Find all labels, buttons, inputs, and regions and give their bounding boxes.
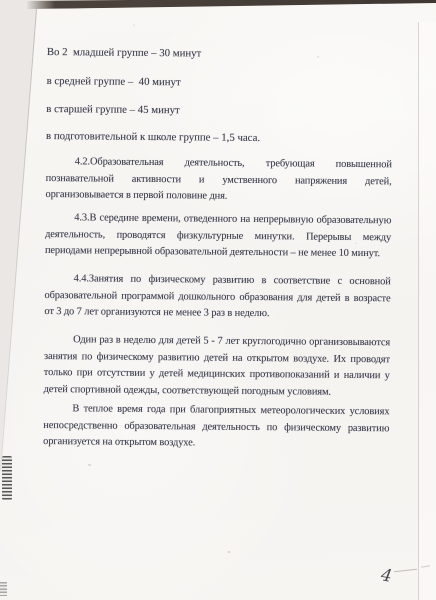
- scanned-document-page: Во 2 младшей группе – 30 минут в средней…: [0, 0, 436, 600]
- dust-speck: [133, 24, 135, 26]
- text-line: от 3 до 7 лет организуются не менее 3 ра…: [44, 304, 390, 324]
- paragraph-outdoor-classes: Один раз в неделю для детей 5 - 7 лет кр…: [44, 332, 391, 401]
- paper-right-margin: [419, 22, 436, 600]
- text-line: организуется на открытом воздухе.: [43, 434, 389, 454]
- duration-line-preparatory-group: в подготовительной к школе группе – 1,5 …: [46, 130, 392, 146]
- scan-artifact-edge-mark: [0, 582, 7, 596]
- text-line: детей спортивной одежды, соответствующей…: [44, 381, 390, 401]
- dust-speck: [228, 551, 230, 553]
- dust-speck: [317, 56, 319, 58]
- duration-line-younger-group: Во 2 младшей группе – 30 минут: [47, 46, 393, 62]
- duration-line-senior-group: в старшей группе – 45 минут: [46, 103, 392, 119]
- paragraph-4-4: 4.4.Занятия по физическому развитию в со…: [44, 271, 390, 324]
- paper-right-edge: [418, 22, 419, 600]
- paragraph-warm-season: В теплое время года при благоприятных ме…: [43, 401, 389, 454]
- duration-line-middle-group: в средней группе – 40 минут: [47, 75, 393, 91]
- document-body: Во 2 младшей группе – 30 минут в средней…: [42, 0, 394, 600]
- paragraph-4-2: 4.2.Образовательная деятельность, требую…: [45, 154, 391, 207]
- paragraph-4-3: 4.3.В середине времени, отведенного на н…: [45, 210, 391, 263]
- scan-artifact-binding-marks: [2, 456, 12, 500]
- text-line: организовывается в первой половине дня.: [45, 187, 391, 207]
- dust-speck: [355, 243, 357, 244]
- text-line: периодами непрерывной образовательной де…: [45, 243, 391, 263]
